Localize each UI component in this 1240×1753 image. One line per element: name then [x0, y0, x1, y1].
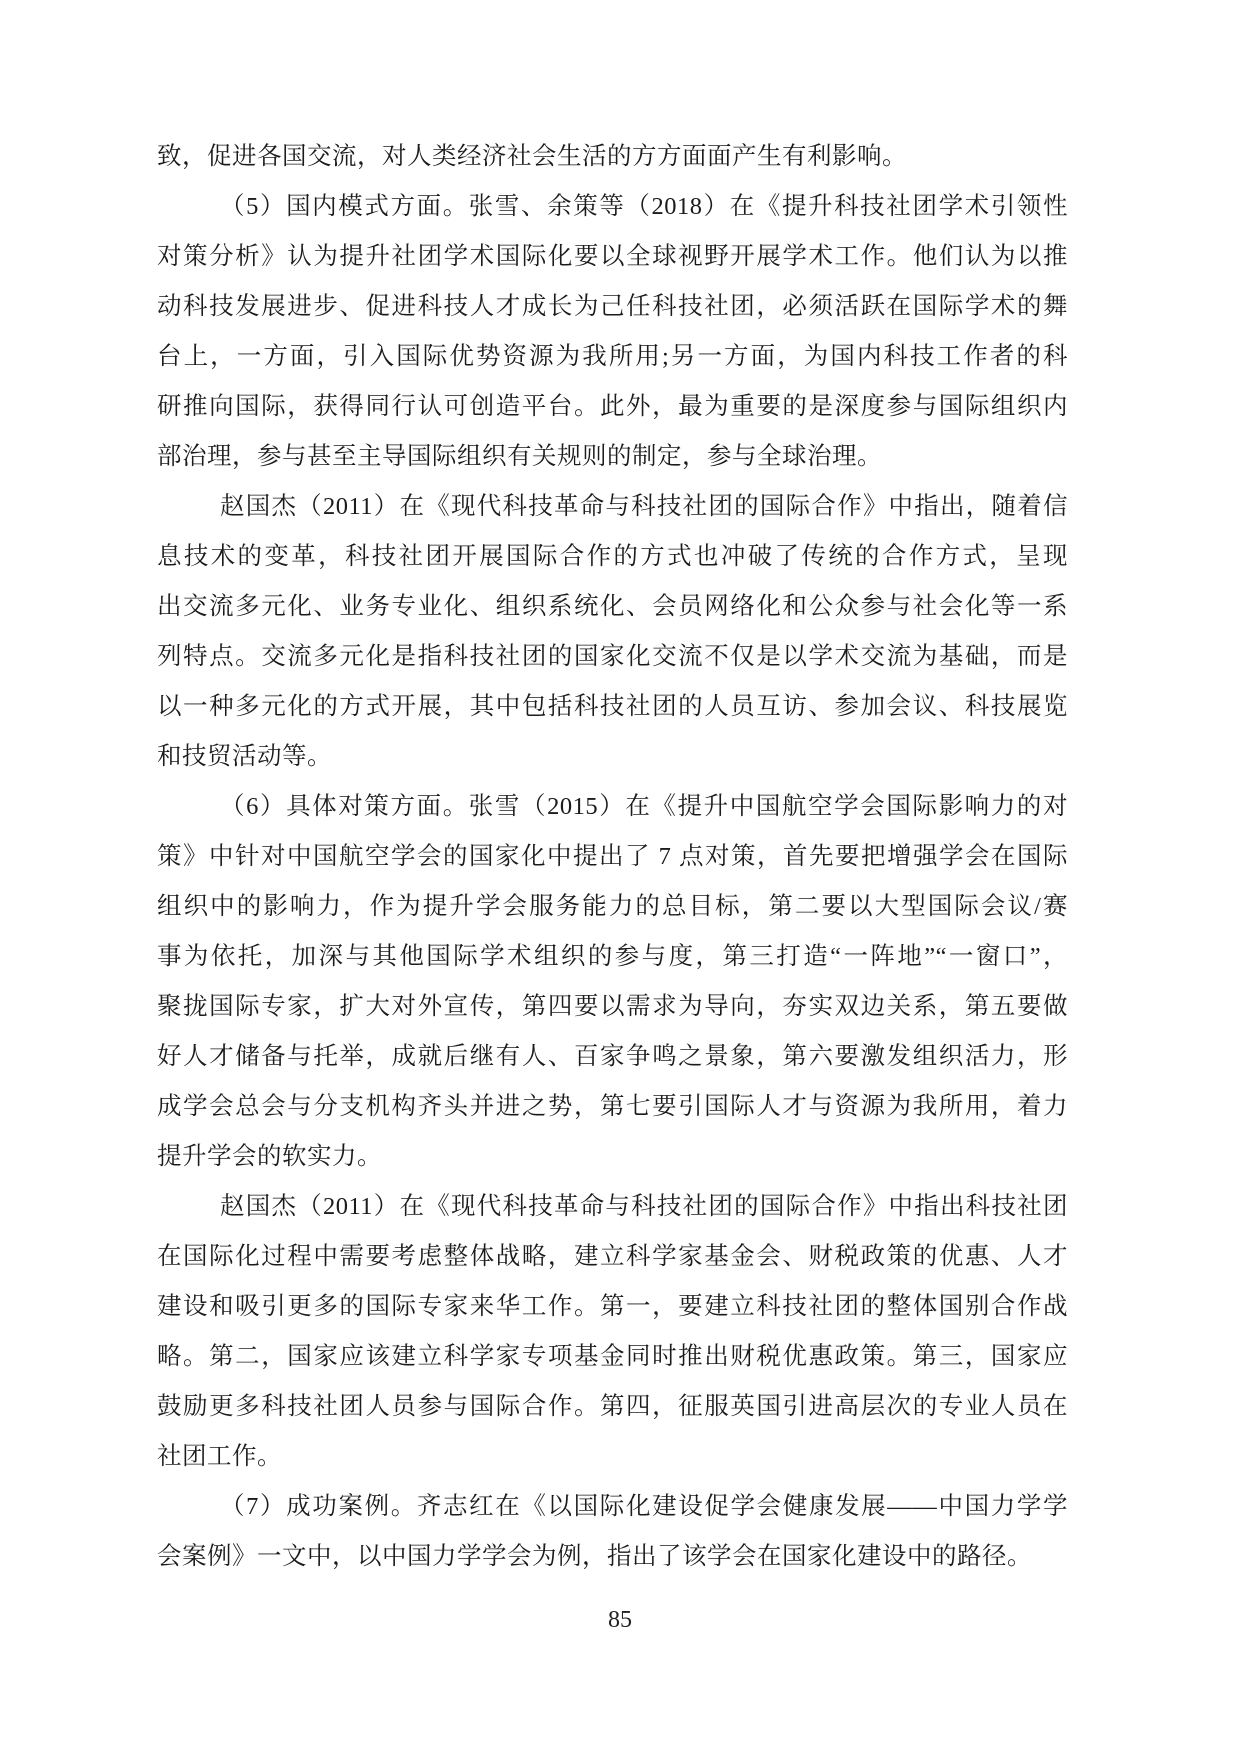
- text-line: 在国际化过程中需要考虑整体战略，建立科学家基金会、财税政策的优惠、人才: [157, 1232, 1068, 1282]
- body-text: 致，促进各国交流，对人类经济社会生活的方方面面产生有利影响。（5）国内模式方面。…: [157, 132, 1068, 1582]
- text-line: （6）具体对策方面。张雪（2015）在《提升中国航空学会国际影响力的对: [157, 782, 1068, 832]
- text-line: （5）国内模式方面。张雪、余策等（2018）在《提升科技社团学术引领性: [157, 182, 1068, 232]
- text-line: 聚拢国际专家，扩大对外宣传，第四要以需求为导向，夯实双边关系，第五要做: [157, 982, 1068, 1032]
- text-line: 事为依托，加深与其他国际学术组织的参与度，第三打造“一阵地”“一窗口”，: [157, 932, 1068, 982]
- document-page: 致，促进各国交流，对人类经济社会生活的方方面面产生有利影响。（5）国内模式方面。…: [0, 0, 1240, 1753]
- page-number: 85: [0, 1603, 1240, 1637]
- text-line: 和技贸活动等。: [157, 732, 1068, 782]
- text-line: 对策分析》认为提升社团学术国际化要以全球视野开展学术工作。他们认为以推: [157, 232, 1068, 282]
- text-line: 列特点。交流多元化是指科技社团的国家化交流不仅是以学术交流为基础，而是: [157, 632, 1068, 682]
- text-line: 赵国杰（2011）在《现代科技革命与科技社团的国际合作》中指出，随着信: [157, 482, 1068, 532]
- text-line: 好人才储备与托举，成就后继有人、百家争鸣之景象，第六要激发组织活力，形: [157, 1032, 1068, 1082]
- text-line: 以一种多元化的方式开展，其中包括科技社团的人员互访、参加会议、科技展览: [157, 682, 1068, 732]
- text-line: 建设和吸引更多的国际专家来华工作。第一，要建立科技社团的整体国别合作战: [157, 1282, 1068, 1332]
- text-line: 鼓励更多科技社团人员参与国际合作。第四，征服英国引进高层次的专业人员在: [157, 1382, 1068, 1432]
- text-line: 赵国杰（2011）在《现代科技革命与科技社团的国际合作》中指出科技社团: [157, 1182, 1068, 1232]
- text-line: 策》中针对中国航空学会的国家化中提出了 7 点对策，首先要把增强学会在国际: [157, 832, 1068, 882]
- text-line: （7）成功案例。齐志红在《以国际化建设促学会健康发展——中国力学学: [157, 1482, 1068, 1532]
- text-line: 成学会总会与分支机构齐头并进之势，第七要引国际人才与资源为我所用，着力: [157, 1082, 1068, 1132]
- text-line: 提升学会的软实力。: [157, 1132, 1068, 1182]
- text-line: 息技术的变革，科技社团开展国际合作的方式也冲破了传统的合作方式，呈现: [157, 532, 1068, 582]
- text-line: 出交流多元化、业务专业化、组织系统化、会员网络化和公众参与社会化等一系: [157, 582, 1068, 632]
- text-line: 组织中的影响力，作为提升学会服务能力的总目标，第二要以大型国际会议/赛: [157, 882, 1068, 932]
- text-line: 略。第二，国家应该建立科学家专项基金同时推出财税优惠政策。第三，国家应: [157, 1332, 1068, 1382]
- text-line: 台上，一方面，引入国际优势资源为我所用;另一方面，为国内科技工作者的科: [157, 332, 1068, 382]
- text-line: 会案例》一文中，以中国力学学会为例，指出了该学会在国家化建设中的路径。: [157, 1532, 1068, 1582]
- text-line: 动科技发展进步、促进科技人才成长为己任科技社团，必须活跃在国际学术的舞: [157, 282, 1068, 332]
- text-line: 部治理，参与甚至主导国际组织有关规则的制定，参与全球治理。: [157, 432, 1068, 482]
- text-line: 致，促进各国交流，对人类经济社会生活的方方面面产生有利影响。: [157, 132, 1068, 182]
- text-line: 研推向国际，获得同行认可创造平台。此外，最为重要的是深度参与国际组织内: [157, 382, 1068, 432]
- text-line: 社团工作。: [157, 1432, 1068, 1482]
